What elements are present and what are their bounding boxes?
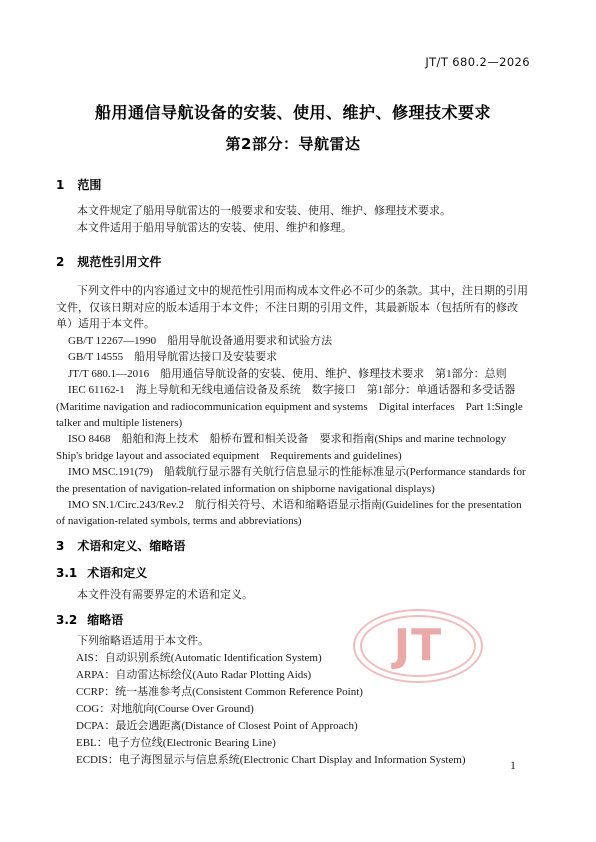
- title-line-1: 船用通信导航设备的安装、使用、维护、修理技术要求: [56, 100, 530, 123]
- section-3-1-heading: 3.1术语和定义: [56, 564, 530, 581]
- references-intro: 下列文件中的内容通过文中的规范性引用而构成本文件必不可少的条款。其中，注日期的引…: [56, 283, 530, 333]
- section-3-2-heading: 3.2缩略语: [56, 611, 530, 628]
- standard-code: JT/T 680.2—2026: [56, 55, 530, 69]
- section-3-number: 3: [56, 539, 64, 553]
- abbreviations-intro-paragraph: 下列缩略语适用于本文件。: [56, 633, 530, 650]
- scope-paragraph: 本文件适用于船用导航雷达的安装、使用、维护和修理。: [56, 220, 530, 237]
- reference-item: IMO SN.1/Circ.243/Rev.2 航行相关符号、术语和缩略语显示指…: [56, 497, 530, 530]
- section-3-heading: 3术语和定义、缩略语: [56, 537, 530, 554]
- section-3-2-title: 缩略语: [87, 613, 123, 627]
- standard-document-page: JT JT/T 680.2—2026 船用通信导航设备的安装、使用、维护、修理技…: [0, 0, 596, 842]
- abbreviation-item: AIS：自动识别系统(Automatic Identification Syst…: [76, 650, 550, 667]
- abbreviation-item: EBL：电子方位线(Electronic Bearing Line): [76, 735, 550, 752]
- section-1-title: 范围: [77, 178, 101, 192]
- reference-item: IMO MSC.191(79) 船载航行显示器有关航行信息显示的性能标准显示(P…: [56, 464, 530, 497]
- section-1-heading: 1范围: [56, 176, 530, 193]
- section-2-title: 规范性引用文件: [77, 255, 161, 269]
- reference-item: GB/T 14555 船用导航雷达接口及安装要求: [56, 349, 530, 365]
- abbreviations-list: AIS：自动识别系统(Automatic Identification Syst…: [56, 650, 550, 769]
- section-3-2-number: 3.2: [56, 613, 77, 627]
- document-title: 船用通信导航设备的安装、使用、维护、修理技术要求 第2部分：导航雷达: [56, 100, 530, 154]
- references-list: GB/T 12267—1990 船用导航设备通用要求和试验方法 GB/T 145…: [56, 333, 530, 530]
- section-2-heading: 2规范性引用文件: [56, 253, 530, 270]
- section-3-1-title: 术语和定义: [87, 566, 147, 580]
- section-3-1-number: 3.1: [56, 566, 77, 580]
- reference-item: GB/T 12267—1990 船用导航设备通用要求和试验方法: [56, 333, 530, 349]
- scope-paragraphs: 本文件规定了船用导航雷达的一般要求和安装、使用、维护、修理技术要求。 本文件适用…: [56, 203, 530, 237]
- abbreviation-item: COG：对地航向(Course Over Ground): [76, 701, 550, 718]
- scope-paragraph: 本文件规定了船用导航雷达的一般要求和安装、使用、维护、修理技术要求。: [56, 203, 530, 220]
- page-number: 1: [500, 760, 526, 772]
- section-2-number: 2: [56, 255, 64, 269]
- terms-definitions-paragraph: 本文件没有需要界定的术语和定义。: [56, 587, 530, 604]
- section-1-number: 1: [56, 178, 64, 192]
- abbreviations-intro: 下列缩略语适用于本文件。: [56, 633, 530, 650]
- terms-definitions-paragraphs: 本文件没有需要界定的术语和定义。: [56, 587, 530, 604]
- title-line-2: 第2部分：导航雷达: [56, 133, 530, 154]
- section-3-title: 术语和定义、缩略语: [77, 539, 185, 553]
- reference-item: JT/T 680.1—2016 船用通信导航设备的安装、使用、维护、修理技术要求…: [56, 366, 530, 382]
- references-intro-paragraph: 下列文件中的内容通过文中的规范性引用而构成本文件必不可少的条款。其中，注日期的引…: [56, 283, 530, 333]
- reference-item: IEC 61162-1 海上导航和无线电通信设备及系统 数字接口 第1部分：单通…: [56, 382, 530, 431]
- abbreviation-item: ECDIS：电子海图显示与信息系统(Electronic Chart Displ…: [76, 752, 550, 769]
- abbreviation-item: ARPA：自动雷达标绘仪(Auto Radar Plotting Aids): [76, 667, 550, 684]
- reference-item: ISO 8468 船舶和海上技术 船桥布置和相关设备 要求和指南(Ships a…: [56, 431, 530, 464]
- abbreviation-item: CCRP：统一基准参考点(Consistent Common Reference…: [76, 684, 550, 701]
- abbreviation-item: DCPA：最近会遇距离(Distance of Closest Point of…: [76, 718, 550, 735]
